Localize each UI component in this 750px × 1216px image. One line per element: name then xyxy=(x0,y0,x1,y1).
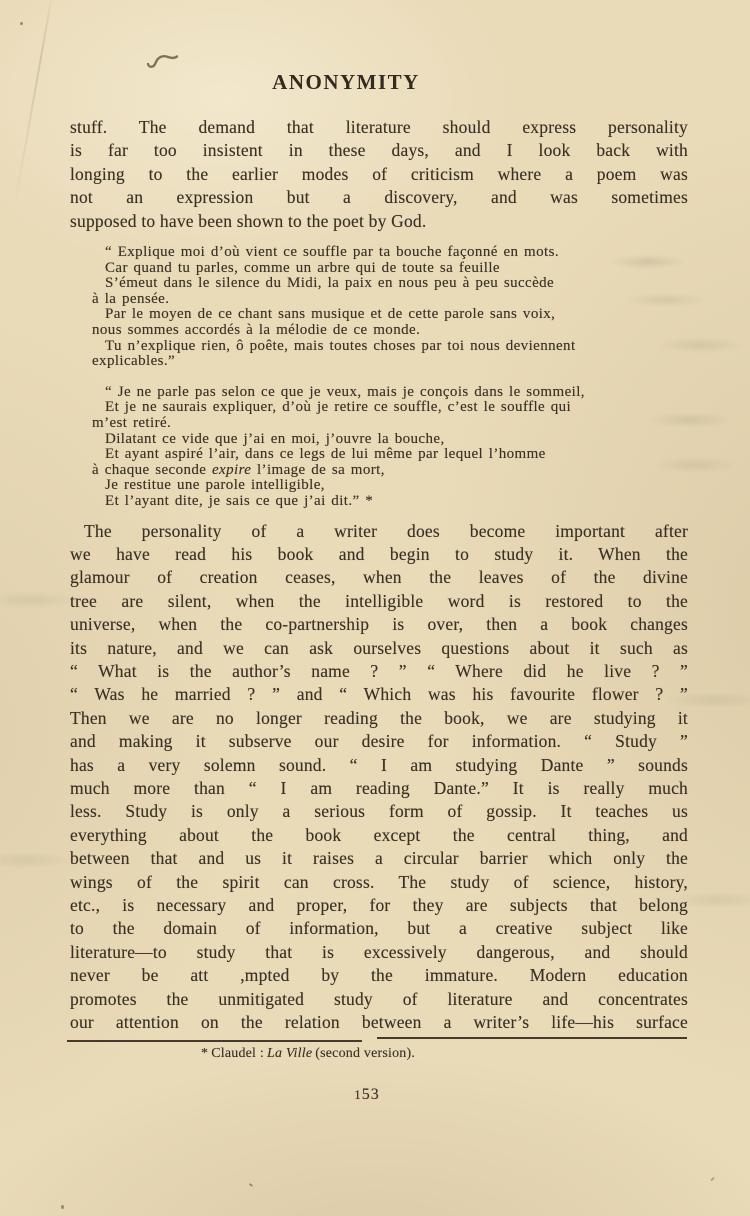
running-header: ANONYMITY xyxy=(0,70,692,95)
paper-speck xyxy=(20,22,23,25)
footnote: *Claudel :La Ville(second version). xyxy=(201,1046,418,1062)
text-line: to the domain of information, but a crea… xyxy=(70,917,688,940)
text-line: and making it subserve our desire for in… xyxy=(70,730,688,753)
text-line: universe, when the co-partnership is ove… xyxy=(70,613,688,636)
text-line: our attention on the relation between a … xyxy=(70,1011,688,1034)
verse-line: S’émeut dans le silence du Midi, la paix… xyxy=(92,276,688,292)
text-column: stuff. The demand that literature should… xyxy=(70,116,688,1034)
verse-line: à la pensée. xyxy=(92,292,688,308)
text-line: much more than “ I am reading Dante.” It… xyxy=(70,777,688,800)
verse-text: à chaque seconde xyxy=(92,462,212,478)
verse-text: l’image de sa mort, xyxy=(251,462,385,478)
text-line: tree are silent, when the intelligible w… xyxy=(70,590,688,613)
page-number: 153 xyxy=(0,1086,734,1104)
verse-line: Je restitue une parole intelligible, xyxy=(92,478,688,494)
italicized-word: expire xyxy=(212,462,251,478)
paper-speck xyxy=(249,1183,253,1187)
footnote-marker: * xyxy=(201,1046,208,1061)
text-line: never be att ,mpted by the immature. Mod… xyxy=(70,964,688,987)
text-line: its nature, and we can ask ourselves que… xyxy=(70,637,688,660)
text-line: not an expression but a discovery, and w… xyxy=(70,186,688,209)
verse-line: “ Explique moi d’où vient ce souffle par… xyxy=(92,245,688,261)
text-line: literature—to study that is excessively … xyxy=(70,941,688,964)
paper-speck xyxy=(710,1177,715,1182)
text-line: wings of the spirit can cross. The study… xyxy=(70,871,688,894)
text-line: longing to the earlier modes of criticis… xyxy=(70,163,688,186)
text-line: stuff. The demand that literature should… xyxy=(70,116,688,139)
text-line: we have read his book and begin to study… xyxy=(70,543,688,566)
verse-line: Dilatant ce vide que j’ai en moi, j’ouvr… xyxy=(92,432,688,448)
verse-quote-french-1: “ Explique moi d’où vient ce souffle par… xyxy=(92,245,688,370)
verse-line: “ Je ne parle pas selon ce que je veux, … xyxy=(92,385,688,401)
footnote-rule-left xyxy=(67,1040,362,1042)
paragraph-main: The personality of a writer does become … xyxy=(70,520,688,1035)
paper-speck xyxy=(61,1205,64,1209)
verse-line: Et ayant aspiré l’air, dans ce legs de l… xyxy=(92,447,688,463)
verse-line: Et l’ayant dite, je sais ce que j’ai dit… xyxy=(92,494,688,510)
text-line: less. Study is only a serious form of go… xyxy=(70,800,688,823)
verse-line: Car quand tu parles, comme un arbre qui … xyxy=(92,261,688,277)
text-line: “ What is the author’s name ? ” “ Where … xyxy=(70,660,688,683)
footnote-rule-right xyxy=(377,1037,687,1039)
verse-line: Tu n’explique rien, ô poête, mais toutes… xyxy=(92,339,688,355)
paper-crease xyxy=(12,0,55,218)
text-line: supposed to have been shown to the poet … xyxy=(70,210,688,233)
book-page: ANONYMITY stuff. The demand that literat… xyxy=(0,0,750,1216)
verse-line: Par le moyen de ce chant sans musique et… xyxy=(92,307,688,323)
verse-line: nous sommes accordés à la mélodie de ce … xyxy=(92,323,688,339)
paragraph-continuation: stuff. The demand that literature should… xyxy=(70,116,688,233)
text-line: promotes the unmitigated study of litera… xyxy=(70,988,688,1011)
text-line: has a very solemn sound. “ I am studying… xyxy=(70,754,688,777)
text-line: is far too insistent in these days, and … xyxy=(70,139,688,162)
verse-line: Et je ne saurais expliquer, d’où je reti… xyxy=(92,400,688,416)
verse-line: à chaque seconde expire l’image de sa mo… xyxy=(92,463,688,479)
text-line: “ Was he married ? ” and “ Which was his… xyxy=(70,683,688,706)
text-line: between that and us it raises a circular… xyxy=(70,847,688,870)
verse-quote-french-2: “ Je ne parle pas selon ce que je veux, … xyxy=(92,385,688,510)
text-line: The personality of a writer does become … xyxy=(70,520,688,543)
footnote-suffix: (second version). xyxy=(315,1046,415,1061)
handwritten-ink-mark xyxy=(145,48,181,72)
verse-line: explicables.” xyxy=(92,354,688,370)
text-line: Then we are no longer reading the book, … xyxy=(70,707,688,730)
text-line: etc., is necessary and proper, for they … xyxy=(70,894,688,917)
footnote-author: Claudel : xyxy=(211,1046,264,1061)
verse-line: m’est retiré. xyxy=(92,416,688,432)
text-line: everything about the book except the cen… xyxy=(70,824,688,847)
text-line: glamour of creation ceases, when the lea… xyxy=(70,566,688,589)
footnote-book-title: La Ville xyxy=(267,1046,312,1061)
